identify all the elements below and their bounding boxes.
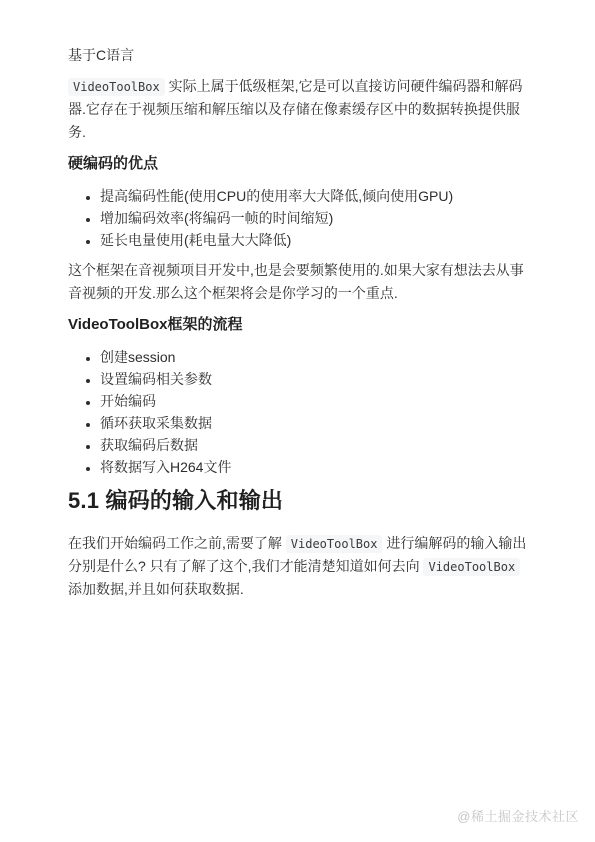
intro-line: 基于C语言	[68, 44, 527, 67]
juejin-watermark: @稀土掘金技术社区	[457, 806, 579, 825]
list-item: 增加编码效率(将编码一帧的时间缩短)	[100, 207, 527, 229]
document-page: { "page": { "watermark": "@稀土掘金技术社区", "c…	[0, 0, 595, 842]
inline-code-videotoolbox: VideoToolBox	[423, 558, 520, 576]
list-item: 开始编码	[100, 390, 527, 412]
list-item: 将数据写入H264文件	[100, 456, 527, 478]
advantages-list: 提高编码性能(使用CPU的使用率大大降低,倾向使用GPU) 增加编码效率(将编码…	[68, 185, 527, 251]
list-item: 提高编码性能(使用CPU的使用率大大降低,倾向使用GPU)	[100, 185, 527, 207]
list-item: 创建session	[100, 346, 527, 368]
heading-videotoolbox-flow: VideoToolBox框架的流程	[68, 313, 527, 336]
paragraph-videotoolbox-overview: VideoToolBox 实际上属于低级框架,它是可以直接访问硬件编码器和解码器…	[68, 75, 527, 144]
inline-code-videotoolbox: VideoToolBox	[286, 535, 383, 553]
article-content: 基于C语言 VideoToolBox 实际上属于低级框架,它是可以直接访问硬件编…	[68, 44, 527, 609]
list-item: 获取编码后数据	[100, 434, 527, 456]
paragraph-text: 添加数据,并且如何获取数据.	[68, 581, 244, 597]
flow-steps-list: 创建session 设置编码相关参数 开始编码 循环获取采集数据 获取编码后数据…	[68, 346, 527, 478]
paragraph-encoding-io-intro: 在我们开始编码工作之前,需要了解 VideoToolBox 进行编解码的输入输出…	[68, 532, 527, 601]
heading-hardware-encoding-advantages: 硬编码的优点	[68, 152, 527, 175]
list-item: 设置编码相关参数	[100, 368, 527, 390]
inline-code-videotoolbox: VideoToolBox	[68, 78, 165, 96]
heading-5-1-encoding-io: 5.1 编码的输入和输出	[68, 486, 527, 516]
list-item: 循环获取采集数据	[100, 412, 527, 434]
paragraph-framework-importance: 这个框架在音视频项目开发中,也是会要频繁使用的.如果大家有想法去从事音视频的开发…	[68, 259, 527, 305]
list-item: 延长电量使用(耗电量大大降低)	[100, 229, 527, 251]
paragraph-text: 在我们开始编码工作之前,需要了解	[68, 535, 286, 551]
